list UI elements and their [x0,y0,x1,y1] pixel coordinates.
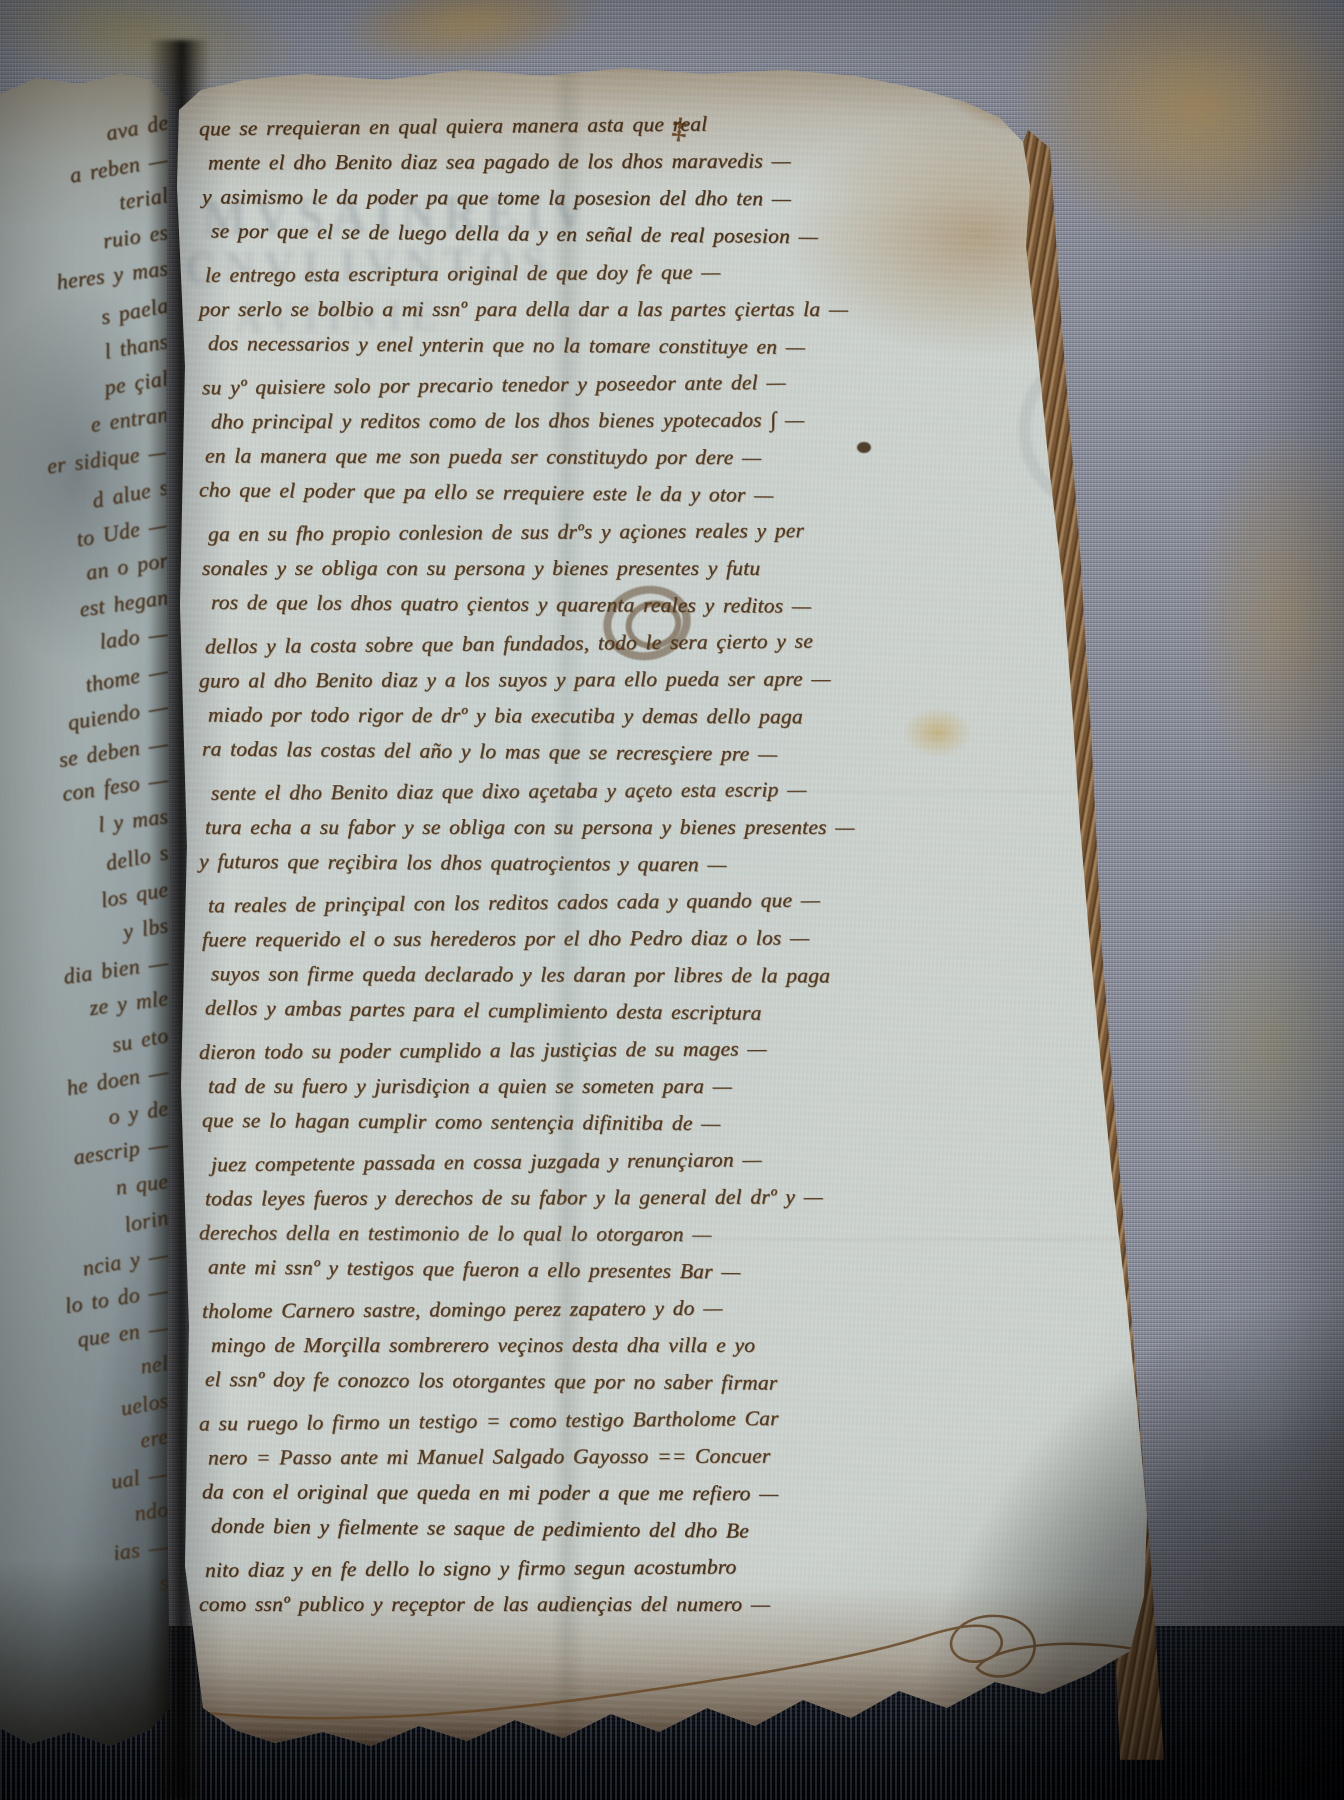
previous-page-text-fragments: ava dea reben —terialruio esheres y mass… [0,104,168,1601]
manuscript-line: ga en su fho propio conlesion de sus drº… [208,510,1154,553]
manuscript-line: ta reales de prinçipal con los reditos c… [208,879,1154,925]
previous-page-edge: ava dea reben —terialruio esheres y mass… [0,68,172,1763]
manuscript-line: por serlo se bolbio a mi ssnº para della… [199,291,1145,328]
manuscript-line: tura echa a su fabor y se obliga con su … [205,809,1151,846]
manuscript-line: miado por todo rigor de drº y bia execut… [208,697,1154,737]
manuscript-line: y asimismo le da poder pa que tome la po… [202,179,1148,219]
paper-crease [175,788,1165,792]
manuscript-line: dieron todo su poder cumplido a las just… [199,1028,1145,1071]
manuscript-line: su yº quisiere solo por precario tenedor… [202,361,1148,407]
manuscript-line: fuere requerido el o sus herederos por e… [202,919,1148,959]
manuscript-line: sonales y se obliga con su persona y bie… [202,550,1148,587]
manuscript-line: mente el dho Benito diaz sea pagado de l… [208,142,1154,182]
manuscript-line: en la manera que me son pueda ser consti… [205,438,1151,478]
manuscript-line: guro al dho Benito diaz y a los suyos y … [199,660,1145,700]
manuscript-line: suyos son firme queda declarado y les da… [211,956,1157,996]
photograph-of-manuscript: ava dea reben —terialruio esheres y mass… [0,0,1344,1800]
ink-blot [857,442,871,453]
manuscript-line: dho principal y reditos como de los dhos… [211,400,1157,440]
corner-shadow [724,1080,1344,1800]
manuscript-line: le entrego esta escriptura original de q… [205,251,1151,294]
